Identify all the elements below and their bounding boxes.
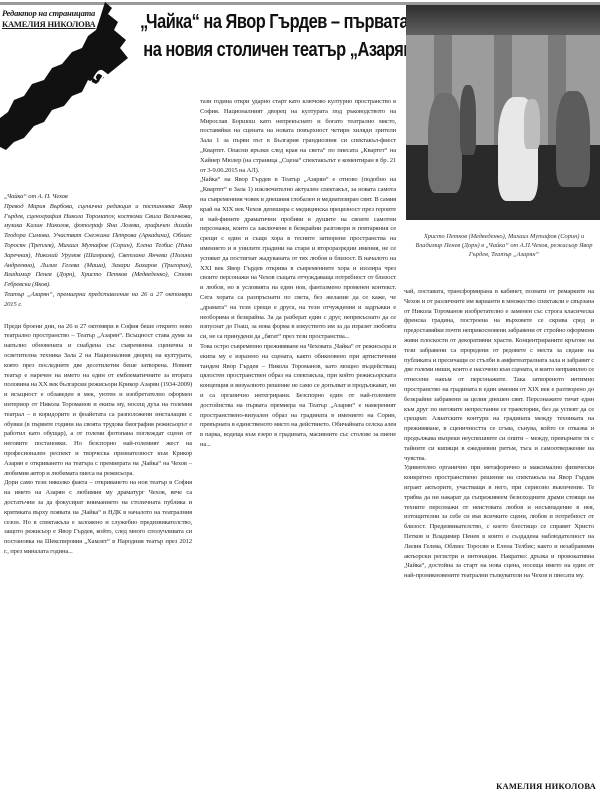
article-paragraph: Преди броени дни, на 26 и 27 октомври в … bbox=[4, 322, 192, 479]
article-paragraph: Това остро съвременно преживяване на Чех… bbox=[200, 342, 396, 450]
article-paragraph: Дори само тези няколко факта – откриване… bbox=[4, 478, 192, 556]
editor-name: КАМЕЛИЯ НИКОЛОВА bbox=[2, 19, 102, 30]
editor-label: Редактор на страницата bbox=[2, 8, 102, 19]
page-editor-credit: Редактор на страницата КАМЕЛИЯ НИКОЛОВА bbox=[2, 8, 102, 30]
article-paragraph: „Чайка“ на Явор Гърдев в Театър „Азарян“… bbox=[200, 175, 396, 342]
photo-figure bbox=[556, 91, 590, 187]
article-photo bbox=[406, 5, 600, 220]
credits-text: Превод Мария Върбова, сценична редакция … bbox=[4, 202, 192, 290]
author-signature: КАМЕЛИЯ НИКОЛОВА bbox=[496, 781, 596, 791]
photo-figure bbox=[524, 99, 540, 149]
photo-figure bbox=[428, 93, 462, 193]
credits-venue: Театър „Азарян“, премиерни представления… bbox=[4, 290, 192, 310]
article-column-1: „Чайка“ от А. П. Чехов Превод Мария Върб… bbox=[4, 192, 192, 795]
article-column-2: тази година откри ударно старт като ключ… bbox=[200, 97, 396, 797]
article-paragraph: Удивително органично при метафорично и м… bbox=[404, 463, 594, 581]
photo-caption: Христо Петков (Медведенко), Михаил Мутаф… bbox=[414, 232, 594, 259]
article-column-3: чай, лоставата, трансформирана в кабинет… bbox=[404, 287, 594, 757]
credits-title: „Чайка“ от А. П. Чехов bbox=[4, 192, 192, 202]
production-credits: „Чайка“ от А. П. Чехов Превод Мария Върб… bbox=[4, 192, 192, 310]
article-paragraph: чай, лоставата, трансформирана в кабинет… bbox=[404, 287, 594, 463]
photo-figure bbox=[460, 85, 476, 155]
article-paragraph: тази година откри ударно старт като ключ… bbox=[200, 97, 396, 175]
